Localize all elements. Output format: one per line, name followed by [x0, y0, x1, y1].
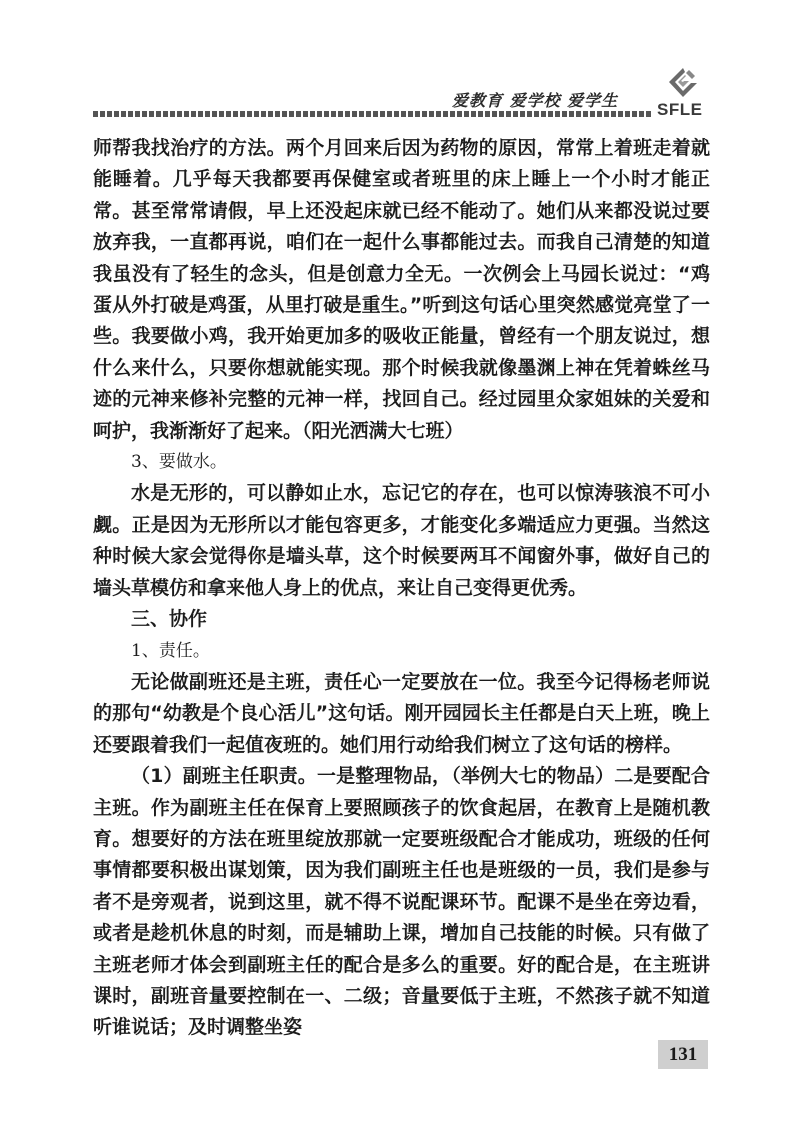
header-slogan: 爱教育 爱学校 爱学生 [452, 88, 618, 111]
subheading-responsibility: 1、责任。 [93, 636, 710, 667]
paragraph: 水是无形的，可以静如止水，忘记它的存在，也可以惊涛骇浪不可小觑。正是因为无形所以… [93, 478, 710, 604]
paragraph: （1）副班主任职责。一是整理物品，（举例大七的物品）二是要配合主班。作为副班主任… [93, 761, 710, 1044]
sfle-logo: SFLE [655, 66, 713, 120]
header-dotted-rule [93, 111, 653, 117]
document-body: 师帮我找治疗的方法。两个月回来后因为药物的原因，常常上着班走着就能睡着。几乎每天… [93, 133, 710, 1044]
paragraph: 无论做副班还是主班，责任心一定要放在一位。我至今记得杨老师说的那句“幼教是个良心… [93, 667, 710, 761]
subheading-be-water: 3、要做水。 [93, 447, 710, 478]
sfle-logo-icon [663, 66, 703, 100]
page-number: 131 [658, 1040, 708, 1069]
page-header: 爱教育 爱学校 爱学生 SFLE [0, 0, 803, 125]
logo-text: SFLE [657, 100, 702, 120]
section-heading-collaboration: 三、协作 [93, 604, 710, 635]
paragraph: 师帮我找治疗的方法。两个月回来后因为药物的原因，常常上着班走着就能睡着。几乎每天… [93, 133, 710, 447]
